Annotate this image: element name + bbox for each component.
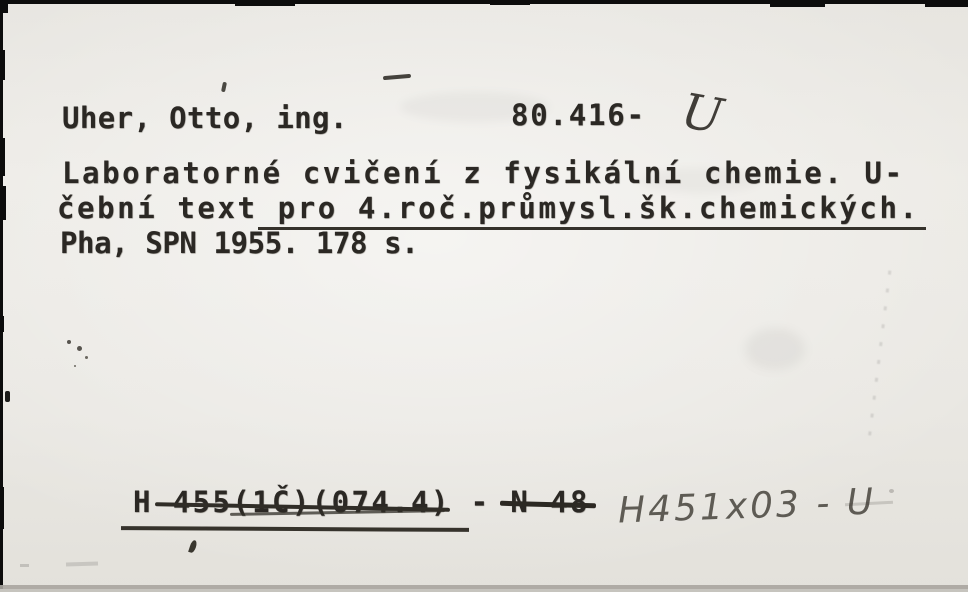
ink-speck (85, 356, 88, 359)
ink-speck (74, 365, 76, 367)
accession-number: 80.416- (511, 101, 646, 130)
comma-mark (188, 539, 198, 553)
scan-edge-left-bump (0, 487, 4, 529)
scan-edge-left-bump (0, 50, 5, 80)
scan-edge-top-bump (490, 0, 530, 5)
paper-streak (868, 270, 892, 439)
apostrophe-mark (221, 82, 227, 93)
faint-pencil-dot (889, 489, 894, 493)
scan-edge-top-bump (770, 0, 825, 7)
author-line: Uher, Otto, ing. (62, 104, 348, 133)
handwritten-call-number: H451x03 - U (617, 482, 876, 532)
title-line-2-underlined: pro 4.roč.průmysl.šk.chemických. (258, 191, 926, 230)
scan-edge-top-bump (925, 0, 968, 7)
paper-smudge (745, 328, 805, 370)
scan-edge-left-bump (0, 316, 4, 332)
title-line-2-plain: čební text (57, 191, 258, 225)
title-line-1: Laboratorné cvičení z fysikální chemie. … (62, 159, 905, 188)
title-line-2: čební text pro 4.roč.průmysl.šk.chemický… (57, 194, 926, 223)
handwritten-dash-mark (383, 74, 411, 80)
scan-edge-top-bump (235, 0, 295, 6)
ink-speck (67, 340, 71, 344)
scan-edge-left-bump (0, 138, 5, 176)
scan-edge-left-bump (0, 0, 8, 13)
catalog-card-scan: Uher, Otto, ing. 80.416- U Laboratorné c… (0, 0, 968, 592)
faint-mark (20, 564, 29, 567)
scan-edge-left-bump (0, 186, 6, 220)
imprint-line: Pha, SPN 1955. 178 s. (60, 229, 418, 258)
classification-underline (121, 526, 469, 532)
scan-edge-left-speck (5, 391, 10, 402)
handwritten-letter-annotation: U (677, 83, 727, 145)
faint-mark (66, 561, 98, 566)
ink-speck (77, 346, 82, 351)
